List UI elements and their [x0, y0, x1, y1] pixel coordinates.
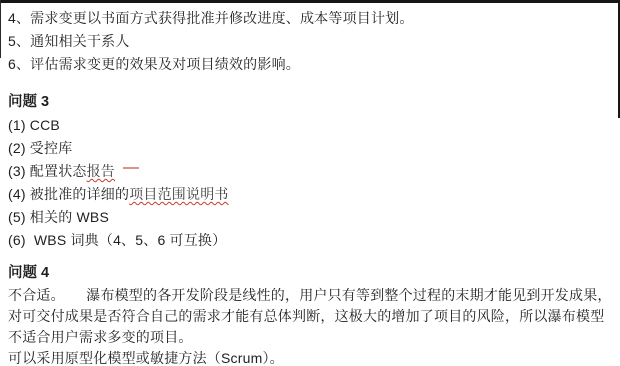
- q4-paragraph-line-2: 对可交付成果是否符合自己的需求才能有总体判断，这极大的增加了项目的风险，所以瀑布…: [8, 306, 612, 327]
- top-list-item-6: 6、评估需求变更的效果及对项目绩效的影响。: [8, 53, 612, 76]
- q4-paragraph-line-3: 不适合用户需求多变的项目。: [8, 327, 612, 348]
- q3-item-2: (2) 受控库: [8, 137, 612, 160]
- q3-item-4-text: (4) 被批准的详细的: [8, 186, 129, 202]
- q4-paragraph-line-1: 不合适。 瀑布模型的各开发阶段是线性的，用户只有等到整个过程的末期才能见到开发成…: [8, 285, 612, 306]
- question4-heading: 问题 4: [8, 262, 612, 285]
- q3-item-1: (1) CCB: [8, 114, 612, 137]
- q3-item-5: (5) 相关的 WBS: [8, 206, 612, 229]
- red-annotation-mark: [123, 167, 139, 169]
- q4-paragraph-line-4: 可以采用原型化模型或敏捷方法（Scrum）。: [8, 348, 612, 366]
- q3-item-3-text: (3) 配置状态: [8, 163, 87, 179]
- top-list-item-5: 5、通知相关干系人: [8, 30, 612, 53]
- q3-item-3: (3) 配置状态报告: [8, 160, 612, 183]
- question4-answer: 不合适。 瀑布模型的各开发阶段是线性的，用户只有等到整个过程的末期才能见到开发成…: [8, 285, 612, 366]
- q3-item-6: (6) WBS 词典（4、5、6 可互换）: [8, 229, 612, 252]
- question3-heading: 问题 3: [8, 91, 612, 114]
- q3-item-4-redline-text: 项目范围说明书: [129, 186, 228, 202]
- top-list-item-4: 4、需求变更以书面方式获得批准并修改进度、成本等项目计划。: [8, 7, 612, 30]
- document-content: 4、需求变更以书面方式获得批准并修改进度、成本等项目计划。 5、通知相关干系人 …: [0, 0, 620, 366]
- q3-item-3-redline-text: 报告: [87, 163, 115, 179]
- q3-item-4: (4) 被批准的详细的项目范围说明书: [8, 183, 612, 206]
